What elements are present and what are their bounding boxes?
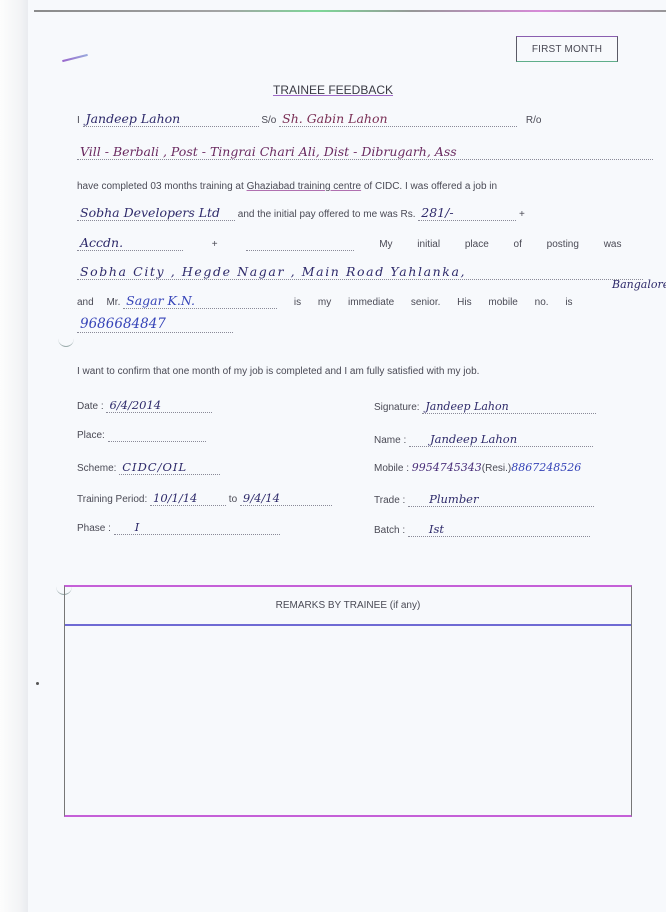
employer-field[interactable]: Sobha Developers Ltd <box>77 205 235 221</box>
punch-hole-icon <box>58 330 74 347</box>
scheme-field[interactable]: CIDC/OIL <box>119 460 220 475</box>
trade-row: Trade : Plumber <box>374 492 594 507</box>
mobile-label: Mobile : <box>374 463 409 474</box>
mobile-field[interactable]: 9954745343 <box>412 461 482 474</box>
plus-sign: + <box>519 209 525 220</box>
declaration-line-7: and Mr. Sagar K.N. is my immediate senio… <box>77 293 626 309</box>
place-field[interactable] <box>108 430 206 442</box>
training-period-label: Training Period: <box>77 494 147 505</box>
ro-label: R/o <box>526 115 542 126</box>
place-row: Place: <box>77 430 206 442</box>
scheme-row: Scheme: CIDC/OIL <box>77 460 220 475</box>
batch-row: Batch : Ist <box>374 522 590 537</box>
name-field[interactable]: Jandeep Lahon <box>409 432 593 447</box>
senior-prefix: and Mr. <box>77 297 120 308</box>
phase-row: Phase : I <box>77 520 280 535</box>
training-text: have completed 03 months training at <box>77 181 244 192</box>
scan-speck <box>36 682 39 685</box>
scheme-label: Scheme: <box>77 463 116 474</box>
remarks-box: REMARKS BY TRAINEE (if any) <box>64 585 632 817</box>
posting-city-overflow: Bangalore <box>612 278 666 291</box>
name-label: Name : <box>374 435 406 446</box>
place-label: Place: <box>77 430 105 441</box>
senior-mobile-field[interactable]: 9686684847 <box>77 316 233 333</box>
training-end-field[interactable]: 9/4/14 <box>240 491 332 506</box>
training-period-row: Training Period: 10/1/14 to 9/4/14 <box>77 491 332 506</box>
posting-text: My initial place of posting was <box>379 239 621 250</box>
senior-name-field[interactable]: Sagar K.N. <box>123 293 277 309</box>
remarks-input-area[interactable] <box>65 626 631 814</box>
training-start-field[interactable]: 10/1/14 <box>150 491 226 506</box>
form-title-text: TRAINEE FEEDBACK <box>273 83 393 97</box>
allowance-field[interactable]: Accdn. <box>77 235 183 251</box>
phase-label: Phase : <box>77 523 111 534</box>
scan-page-edge <box>0 0 28 912</box>
address-field[interactable]: Vill - Berbali , Post - Tingrai Chari Al… <box>77 144 653 160</box>
resi-mobile-field[interactable]: 8867248526 <box>511 461 581 474</box>
remarks-heading: REMARKS BY TRAINEE (if any) <box>65 587 631 626</box>
father-name-field[interactable]: Sh. Gabin Lahon <box>279 111 517 127</box>
declaration-line-5: Accdn. + My initial place of posting was <box>77 235 626 251</box>
declaration-line-6: Sobha City , Hegde Nagar , Main Road Yah… <box>77 264 666 280</box>
pen-mark <box>62 54 88 62</box>
month-badge: FIRST MONTH <box>516 36 618 62</box>
signature-field[interactable]: Jandeep Lahon <box>422 400 596 414</box>
batch-label: Batch : <box>374 525 405 536</box>
training-centre: Ghaziabad training centre <box>247 181 362 192</box>
declaration-line-1: I Jandeep Lahon S/o Sh. Gabin Lahon R/o <box>77 111 626 127</box>
name-row: Name : Jandeep Lahon <box>374 432 593 447</box>
phase-field[interactable]: I <box>114 520 280 535</box>
mobile-row: Mobile : 9954745343(Resi.)8867248526 <box>374 461 581 474</box>
trade-field[interactable]: Plumber <box>408 492 594 507</box>
trade-label: Trade : <box>374 495 405 506</box>
pay-text: and the initial pay offered to me was Rs… <box>238 209 416 220</box>
date-row: Date : 6/4/2014 <box>77 398 212 413</box>
posting-place-field[interactable]: Sobha City , Hegde Nagar , Main Road Yah… <box>77 264 643 280</box>
signature-label: Signature: <box>374 402 420 413</box>
confirmation-text: I want to confirm that one month of my j… <box>77 366 626 377</box>
batch-field[interactable]: Ist <box>408 522 590 537</box>
declaration-prefix: I <box>77 115 80 126</box>
pay-field[interactable]: 281/- <box>418 205 516 221</box>
declaration-line-8: 9686684847 <box>77 316 626 333</box>
plus-sign: + <box>212 239 218 250</box>
date-field[interactable]: 6/4/2014 <box>106 398 212 413</box>
signature-row: Signature: Jandeep Lahon <box>374 400 596 414</box>
scan-top-border <box>34 10 666 12</box>
date-label: Date : <box>77 401 104 412</box>
job-offer-text: of CIDC. I was offered a job in <box>364 181 497 192</box>
senior-mobile-text: is my immediate senior. His mobile no. i… <box>294 297 573 308</box>
to-label: to <box>229 494 237 505</box>
so-label: S/o <box>261 115 276 126</box>
trainee-name-field[interactable]: Jandeep Lahon <box>83 111 259 127</box>
allowance-2-field[interactable] <box>246 239 354 251</box>
resi-label: (Resi.) <box>482 463 511 474</box>
declaration-line-4: Sobha Developers Ltd and the initial pay… <box>77 205 626 221</box>
declaration-line-3: have completed 03 months training at Gha… <box>77 181 626 192</box>
form-title: TRAINEE FEEDBACK <box>0 83 666 97</box>
declaration-line-2: Vill - Berbali , Post - Tingrai Chari Al… <box>77 144 666 163</box>
